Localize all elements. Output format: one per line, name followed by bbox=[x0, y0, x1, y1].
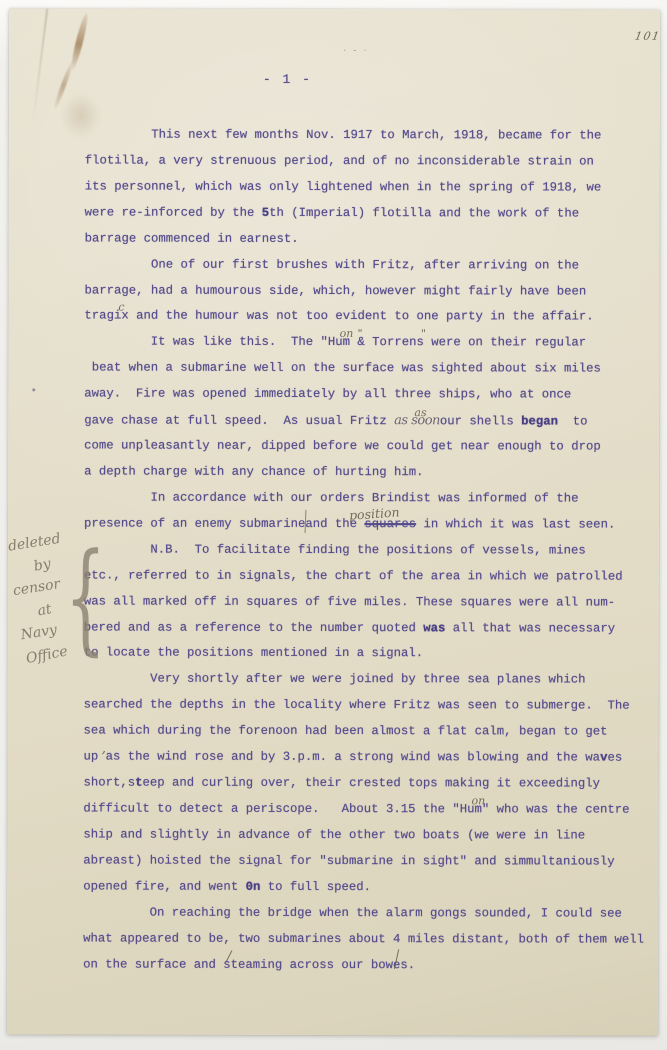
typed-text: short,s bbox=[83, 776, 135, 790]
typed-line: ship and slightly in advance of the othe… bbox=[83, 822, 658, 849]
typed-text: on the surface and steaming across our b… bbox=[83, 957, 393, 972]
typed-text: s. bbox=[400, 958, 415, 972]
typed-line: presence of an enemy submarineand the po… bbox=[84, 511, 659, 538]
typed-text: which during the forenoon had been almos… bbox=[106, 724, 608, 739]
typed-text-overtyped: v bbox=[600, 751, 607, 765]
typed-text: its personnel, which was only lightened … bbox=[85, 179, 602, 194]
typed-line: to locate the positions mentioned in a s… bbox=[84, 641, 659, 668]
typed-line: was all marked off in squares of five mi… bbox=[84, 589, 659, 616]
typed-text-overtyped: began bbox=[521, 415, 558, 429]
typed-text: This next few months Nov. 1917 to March,… bbox=[85, 127, 602, 142]
typed-line: away. Fire was opened immediately by all… bbox=[84, 382, 659, 409]
typed-line: opened fire, and went 0n to full speed. bbox=[83, 874, 658, 901]
typed-char-struck: e bbox=[393, 953, 400, 979]
typed-text: es bbox=[607, 751, 622, 765]
typed-text-overtyped: was bbox=[423, 621, 445, 635]
typed-text: searched the depths in the locality wher… bbox=[84, 698, 630, 713]
typed-line: a depth charge with any chance of hurtin… bbox=[84, 459, 659, 486]
typed-lines: This next few months Nov. 1917 to March,… bbox=[83, 122, 660, 979]
ink-speck bbox=[32, 388, 35, 391]
typed-line: short,steep and curling over, their cres… bbox=[83, 771, 658, 798]
typed-text: x and the humour was not too evident to … bbox=[121, 309, 593, 324]
typed-text: presence of an enemy submarine bbox=[84, 516, 305, 530]
typed-text: N.B. To facilitate finding the positions… bbox=[84, 542, 586, 557]
typed-text: It was like this. The "Hu bbox=[84, 335, 342, 350]
typed-text: what appeared to be, bbox=[83, 931, 231, 945]
typed-text: difficult to detect a periscope. About 3… bbox=[83, 801, 474, 816]
typed-text: were on their regular bbox=[424, 336, 586, 350]
typed-text: In accordance with our orders Brindist w… bbox=[84, 490, 578, 505]
typed-text-overtyped: 0n bbox=[246, 880, 261, 894]
typed-text: eep and curling over, their crested tops… bbox=[142, 776, 600, 791]
typed-text: up as the wind rose and by 3.p.m. a stro… bbox=[83, 750, 600, 765]
typed-text: tragi bbox=[84, 309, 121, 323]
typed-line: up as the wind rose and by 3.p.m. a stro… bbox=[83, 745, 658, 772]
margin-note-censor: deletedbycensoratNavyOffice bbox=[9, 534, 74, 672]
typed-line: Very shortly after we were joined by thr… bbox=[84, 667, 659, 694]
typed-line: searched the depths in the locality wher… bbox=[84, 693, 659, 720]
typed-text: to full speed. bbox=[260, 880, 371, 894]
handwritten-page-index: 101 bbox=[634, 30, 662, 43]
typed-line: tragicx and the humour was not too evide… bbox=[84, 304, 659, 331]
typed-text: etc., referred to in signals, the chart … bbox=[84, 568, 623, 583]
typed-text: flotilla, a very strenuous period, and o… bbox=[85, 153, 594, 168]
typed-text-overtyped: 5 bbox=[262, 206, 269, 220]
typed-text: barrage commenced in earnest. bbox=[85, 231, 299, 245]
typed-line: abreast) hoisted the signal for "submari… bbox=[83, 848, 658, 875]
typed-line: barrage, had a humourous side, which, ho… bbox=[84, 278, 659, 305]
paper-sheet: 101 · - · - 1 - This next few months Nov… bbox=[7, 8, 660, 1035]
typed-text-overtyped: t bbox=[135, 776, 142, 790]
typed-text: opened fire, and went bbox=[83, 879, 245, 893]
typed-text: sea bbox=[84, 724, 106, 738]
typed-line: This next few months Nov. 1917 to March,… bbox=[85, 122, 660, 149]
typed-text: On reaching the bridge when the alarm go… bbox=[83, 905, 622, 920]
typed-line: One of our first brushes with Fritz, aft… bbox=[85, 252, 660, 279]
typed-line: sea, which during the forenoon had been … bbox=[84, 719, 659, 746]
typed-text: abreast) hoisted the signal for "submari… bbox=[83, 853, 614, 868]
typed-line: come unpleasantly near, dipped before we… bbox=[84, 434, 659, 461]
typed-line: barrage commenced in earnest. bbox=[85, 226, 660, 253]
typed-text: beat when a submarine well on the surfac… bbox=[84, 361, 601, 376]
typed-text: ship and slightly in advance of the othe… bbox=[83, 827, 585, 842]
typed-line: flotilla, a very strenuous period, and o… bbox=[85, 148, 660, 175]
typed-text: to bbox=[558, 415, 588, 429]
typed-text: away. Fire was opened immediately by all… bbox=[84, 387, 571, 402]
typed-line: its personnel, which was only lightened … bbox=[85, 174, 660, 201]
typed-line: etc., referred to in signals, the chart … bbox=[84, 563, 659, 590]
typed-text: were re-inforced by the bbox=[85, 205, 262, 219]
typed-text: bered and as a reference to the number q… bbox=[84, 620, 423, 635]
typed-text: barrage, had a humourous side, which, ho… bbox=[84, 283, 586, 298]
typed-text: all that was necessary bbox=[445, 621, 615, 635]
typed-text: a depth charge with any chance of hurtin… bbox=[84, 464, 423, 479]
typed-line: difficult to detect a periscope. About 3… bbox=[83, 796, 658, 823]
typed-line: On reaching the bridge when the alarm go… bbox=[83, 900, 658, 927]
typed-text: th (Imperial) flotilla and the work of t… bbox=[269, 206, 579, 221]
typed-line: beat when a submarine well on the surfac… bbox=[84, 356, 659, 383]
typed-text: gave chase at full speed. As usual Fritz bbox=[84, 414, 394, 429]
typed-line: bered and as a reference to the number q… bbox=[84, 615, 659, 642]
typed-text: in which it was last seen. bbox=[416, 517, 615, 531]
typed-text: Very shortly after we were joined by thr… bbox=[84, 672, 586, 687]
typed-text: come unpleasantly near, dipped before we… bbox=[84, 439, 601, 454]
typed-text: to locate the positions mentioned in a s… bbox=[84, 646, 423, 661]
typed-text: m" who was the centre bbox=[474, 802, 629, 816]
page-number: - 1 - bbox=[263, 72, 312, 87]
typed-line: It was like this. The "Huonm " & Torrens… bbox=[84, 330, 659, 357]
typed-text: two submarines about 4 miles distant, bo… bbox=[231, 931, 644, 946]
crease-mark bbox=[32, 9, 49, 126]
typed-line: were re-inforced by the 5th (Imperial) f… bbox=[85, 200, 660, 227]
typed-line: N.B. To facilitate finding the positions… bbox=[84, 537, 659, 564]
typed-line: what appeared to be,/ two submarines abo… bbox=[83, 926, 658, 953]
typed-line: on the surface and steaming across our b… bbox=[83, 952, 658, 979]
typed-text: One of our first brushes with Fritz, aft… bbox=[85, 257, 579, 272]
faint-pencil-mark: · - · bbox=[343, 45, 369, 56]
typed-text: was all marked off in squares of five mi… bbox=[84, 594, 615, 609]
typed-line: gave chase at full speed. As usual Fritz… bbox=[84, 408, 659, 435]
screenshot-root: { "colors": { "paper": "#e4decb", "typed… bbox=[0, 0, 667, 1050]
typed-text: our shells bbox=[440, 414, 521, 428]
